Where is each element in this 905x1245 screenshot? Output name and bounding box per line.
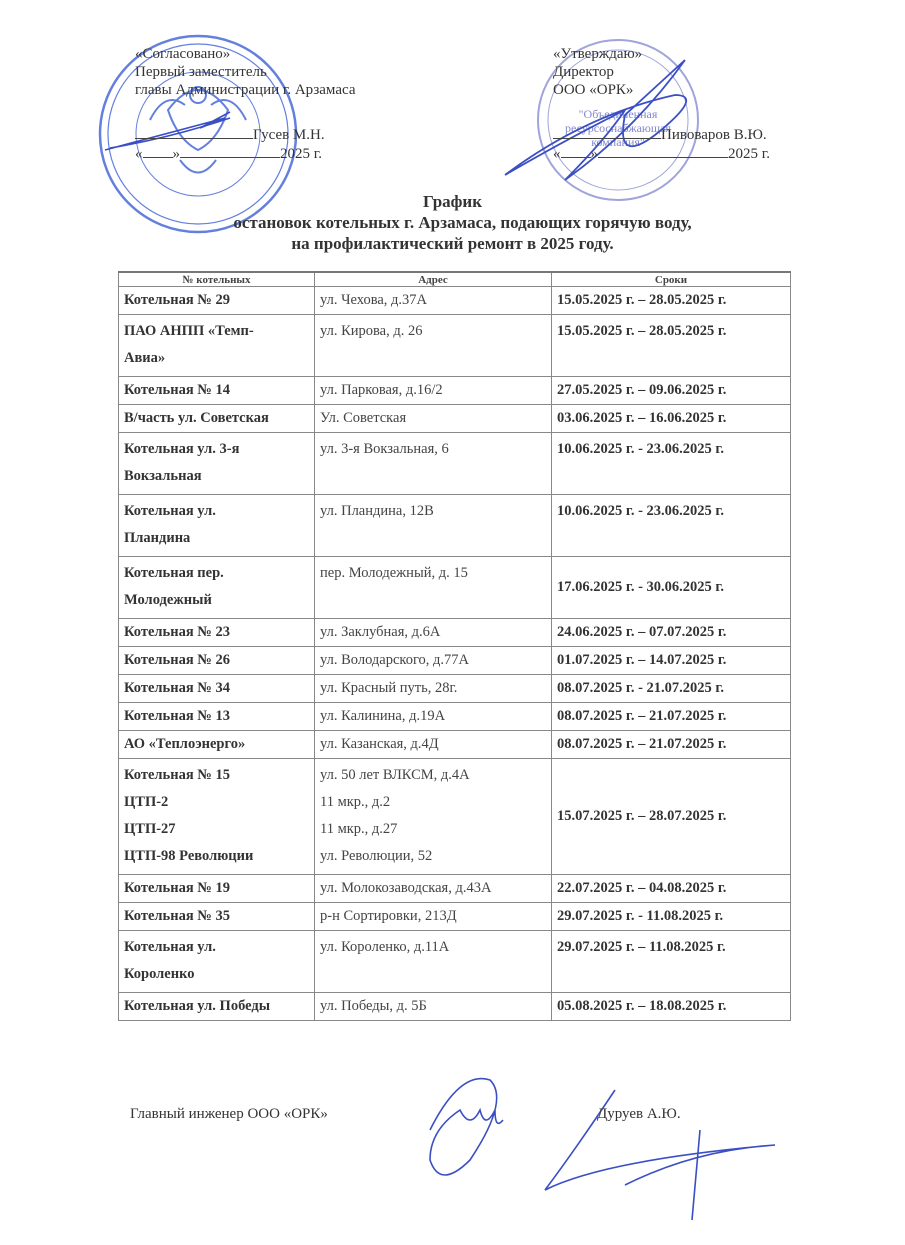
cell-boiler-name: Котельная № 23: [119, 619, 315, 647]
right-date-year: 2025 г.: [728, 146, 770, 162]
cell-boiler-name: ПАО АНПП «Темп-Авиа»: [119, 315, 315, 377]
left-approval-date: «»2025 г.: [135, 146, 322, 163]
address-line: ул. Революции, 52: [320, 843, 546, 870]
address-line: ул. 50 лет ВЛКСМ, д.4А: [320, 762, 546, 789]
signature-engineer-icon: [430, 1079, 503, 1175]
boiler-name-line: Вокзальная: [124, 463, 309, 490]
boiler-name-line: Котельная № 29: [124, 290, 309, 311]
cell-address: ул. 50 лет ВЛКСМ, д.4А11 мкр., д.211 мкр…: [315, 759, 552, 875]
right-approval-position-1: Директор: [553, 64, 614, 81]
cell-boiler-name: Котельная ул.Короленко: [119, 931, 315, 993]
left-signatory: Гусев М.Н.: [253, 127, 325, 143]
table-row: АО «Теплоэнерго»ул. Казанская, д.4Д08.07…: [119, 731, 791, 759]
cell-dates: 22.07.2025 г. – 04.08.2025 г.: [552, 875, 791, 903]
cell-dates: 15.05.2025 г. – 28.05.2025 г.: [552, 287, 791, 315]
address-line: ул. Чехова, д.37А: [320, 290, 546, 311]
document-subtitle-1: остановок котельных г. Арзамаса, подающи…: [0, 213, 905, 233]
boiler-name-line: ЦТП-27: [124, 816, 309, 843]
boiler-name-line: Котельная ул. Победы: [124, 996, 309, 1017]
right-approval-heading: «Утверждаю»: [553, 46, 642, 63]
cell-dates: 15.07.2025 г. – 28.07.2025 г.: [552, 759, 791, 875]
table-row: Котельная № 29ул. Чехова, д.37А15.05.202…: [119, 287, 791, 315]
date-close-quote: »: [173, 146, 181, 162]
cell-address: ул. Пландина, 12В: [315, 495, 552, 557]
table-row: Котельная ул.Короленкоул. Короленко, д.1…: [119, 931, 791, 993]
boiler-name-line: Котельная пер.: [124, 560, 309, 587]
boiler-name-line: В/часть ул. Советская: [124, 408, 309, 429]
date-open-quote: «: [135, 146, 143, 162]
address-line: 11 мкр., д.27: [320, 816, 546, 843]
cell-boiler-name: Котельная № 34: [119, 675, 315, 703]
cell-boiler-name: Котельная № 15ЦТП-2ЦТП-27ЦТП-98 Революци…: [119, 759, 315, 875]
table-row: Котельная пер.Молодежныйпер. Молодежный,…: [119, 557, 791, 619]
cell-address: ул. Красный путь, 28г.: [315, 675, 552, 703]
footer-signatory: Дуруев А.Ю.: [597, 1106, 681, 1123]
cell-dates: 27.05.2025 г. – 09.06.2025 г.: [552, 377, 791, 405]
cell-address: ул. Калинина, д.19А: [315, 703, 552, 731]
boiler-name-line: Котельная № 15: [124, 762, 309, 789]
boiler-name-line: Котельная ул. 3-я: [124, 436, 309, 463]
cell-boiler-name: Котельная № 35: [119, 903, 315, 931]
boiler-name-line: Котельная ул.: [124, 498, 309, 525]
boiler-name-line: ЦТП-2: [124, 789, 309, 816]
address-line: ул. Молокозаводская, д.43А: [320, 878, 546, 899]
cell-address: ул. Победы, д. 5Б: [315, 993, 552, 1021]
date-close-quote: »: [591, 146, 599, 162]
document-subtitle-2: на профилактический ремонт в 2025 году.: [0, 234, 905, 254]
cell-dates: 08.07.2025 г. – 21.07.2025 г.: [552, 703, 791, 731]
footer-position: Главный инженер ООО «ОРК»: [130, 1106, 328, 1123]
cell-boiler-name: Котельная № 29: [119, 287, 315, 315]
boiler-name-line: Котельная № 26: [124, 650, 309, 671]
cell-dates: 03.06.2025 г. – 16.06.2025 г.: [552, 405, 791, 433]
cell-dates: 01.07.2025 г. – 14.07.2025 г.: [552, 647, 791, 675]
boiler-name-line: Авиа»: [124, 345, 309, 372]
left-approval-heading: «Согласовано»: [135, 46, 230, 63]
cell-dates: 17.06.2025 г. - 30.06.2025 г.: [552, 557, 791, 619]
left-approval-position-2: главы Администрации г. Арзамаса: [135, 82, 355, 99]
address-line: ул. Победы, д. 5Б: [320, 996, 546, 1017]
cell-boiler-name: Котельная № 14: [119, 377, 315, 405]
cell-boiler-name: АО «Теплоэнерго»: [119, 731, 315, 759]
cell-address: пер. Молодежный, д. 15: [315, 557, 552, 619]
header-dates: Сроки: [552, 272, 791, 287]
cell-address: ул. Заклубная, д.6А: [315, 619, 552, 647]
cell-boiler-name: Котельная № 19: [119, 875, 315, 903]
right-approval-date: «»2025 г.: [553, 146, 770, 163]
schedule-table: № котельных Адрес Сроки Котельная № 29ул…: [118, 271, 791, 1021]
cell-boiler-name: Котельная № 26: [119, 647, 315, 675]
address-line: р-н Сортировки, 213Д: [320, 906, 546, 927]
address-line: 11 мкр., д.2: [320, 789, 546, 816]
table-row: Котельная № 23ул. Заклубная, д.6А24.06.2…: [119, 619, 791, 647]
company-seal-text-1: "Объединенная: [579, 107, 658, 121]
cell-dates: 15.05.2025 г. – 28.05.2025 г.: [552, 315, 791, 377]
table-row: Котельная № 34ул. Красный путь, 28г.08.0…: [119, 675, 791, 703]
address-line: ул. Заклубная, д.6А: [320, 622, 546, 643]
table-row: Котельная № 14ул. Парковая, д.16/227.05.…: [119, 377, 791, 405]
right-signatory: Пивоваров В.Ю.: [661, 127, 767, 143]
cell-address: ул. Чехова, д.37А: [315, 287, 552, 315]
cell-boiler-name: Котельная ул. 3-яВокзальная: [119, 433, 315, 495]
address-line: пер. Молодежный, д. 15: [320, 560, 546, 587]
cell-address: ул. 3-я Вокзальная, 6: [315, 433, 552, 495]
address-line: ул. Парковая, д.16/2: [320, 380, 546, 401]
cell-boiler-name: Котельная пер.Молодежный: [119, 557, 315, 619]
cell-dates: 10.06.2025 г. - 23.06.2025 г.: [552, 495, 791, 557]
boiler-name-line: Котельная № 19: [124, 878, 309, 899]
cell-address: ул. Володарского, д.77А: [315, 647, 552, 675]
cell-dates: 05.08.2025 г. – 18.08.2025 г.: [552, 993, 791, 1021]
table-header-row: № котельных Адрес Сроки: [119, 272, 791, 287]
address-line: ул. Короленко, д.11А: [320, 934, 546, 961]
address-line: ул. 3-я Вокзальная, 6: [320, 436, 546, 463]
boiler-name-line: Короленко: [124, 961, 309, 988]
cell-boiler-name: Котельная № 13: [119, 703, 315, 731]
boiler-name-line: Котельная № 14: [124, 380, 309, 401]
cell-dates: 08.07.2025 г. – 21.07.2025 г.: [552, 731, 791, 759]
cell-boiler-name: Котельная ул.Пландина: [119, 495, 315, 557]
table-row: Котельная № 19ул. Молокозаводская, д.43А…: [119, 875, 791, 903]
address-line: ул. Кирова, д. 26: [320, 318, 546, 345]
cell-address: ул. Короленко, д.11А: [315, 931, 552, 993]
right-approval-position-2: ООО «ОРК»: [553, 82, 633, 99]
boiler-name-line: Котельная № 35: [124, 906, 309, 927]
table-row: Котельная № 13ул. Калинина, д.19А08.07.2…: [119, 703, 791, 731]
cell-dates: 29.07.2025 г. - 11.08.2025 г.: [552, 903, 791, 931]
left-approval-signature-line: Гусев М.Н.: [135, 127, 325, 144]
table-row: Котельная № 35р-н Сортировки, 213Д29.07.…: [119, 903, 791, 931]
cell-address: ул. Казанская, д.4Д: [315, 731, 552, 759]
boiler-name-line: ЦТП-98 Революции: [124, 843, 309, 870]
address-line: ул. Красный путь, 28г.: [320, 678, 546, 699]
table-row: ПАО АНПП «Темп-Авиа»ул. Кирова, д. 2615.…: [119, 315, 791, 377]
cell-dates: 08.07.2025 г. - 21.07.2025 г.: [552, 675, 791, 703]
address-line: ул. Володарского, д.77А: [320, 650, 546, 671]
header-boiler: № котельных: [119, 272, 315, 287]
left-approval-position-1: Первый заместитель: [135, 64, 267, 81]
boiler-name-line: Котельная № 34: [124, 678, 309, 699]
address-line: Ул. Советская: [320, 408, 546, 429]
table-row: Котельная № 26ул. Володарского, д.77А01.…: [119, 647, 791, 675]
document-title: График: [0, 192, 905, 212]
cell-dates: 10.06.2025 г. - 23.06.2025 г.: [552, 433, 791, 495]
boiler-name-line: Котельная № 23: [124, 622, 309, 643]
table-row: Котельная ул.Пландинаул. Пландина, 12В10…: [119, 495, 791, 557]
cell-address: р-н Сортировки, 213Д: [315, 903, 552, 931]
cell-boiler-name: В/часть ул. Советская: [119, 405, 315, 433]
left-date-year: 2025 г.: [280, 146, 322, 162]
cell-address: Ул. Советская: [315, 405, 552, 433]
address-line: ул. Казанская, д.4Д: [320, 734, 546, 755]
table-row: Котельная № 15ЦТП-2ЦТП-27ЦТП-98 Революци…: [119, 759, 791, 875]
table-row: Котельная ул. Победыул. Победы, д. 5Б05.…: [119, 993, 791, 1021]
cell-address: ул. Парковая, д.16/2: [315, 377, 552, 405]
cell-address: ул. Молокозаводская, д.43А: [315, 875, 552, 903]
cell-dates: 29.07.2025 г. – 11.08.2025 г.: [552, 931, 791, 993]
boiler-name-line: Котельная ул.: [124, 934, 309, 961]
header-address: Адрес: [315, 272, 552, 287]
address-line: ул. Калинина, д.19А: [320, 706, 546, 727]
table-row: Котельная ул. 3-яВокзальнаяул. 3-я Вокза…: [119, 433, 791, 495]
boiler-name-line: АО «Теплоэнерго»: [124, 734, 309, 755]
right-approval-signature-line: Пивоваров В.Ю.: [553, 127, 767, 144]
boiler-name-line: Пландина: [124, 525, 309, 552]
cell-address: ул. Кирова, д. 26: [315, 315, 552, 377]
boiler-name-line: Молодежный: [124, 587, 309, 614]
boiler-name-line: ПАО АНПП «Темп-: [124, 318, 309, 345]
cell-boiler-name: Котельная ул. Победы: [119, 993, 315, 1021]
cell-dates: 24.06.2025 г. – 07.07.2025 г.: [552, 619, 791, 647]
table-row: В/часть ул. СоветскаяУл. Советская03.06.…: [119, 405, 791, 433]
date-open-quote: «: [553, 146, 561, 162]
boiler-name-line: Котельная № 13: [124, 706, 309, 727]
address-line: ул. Пландина, 12В: [320, 498, 546, 525]
